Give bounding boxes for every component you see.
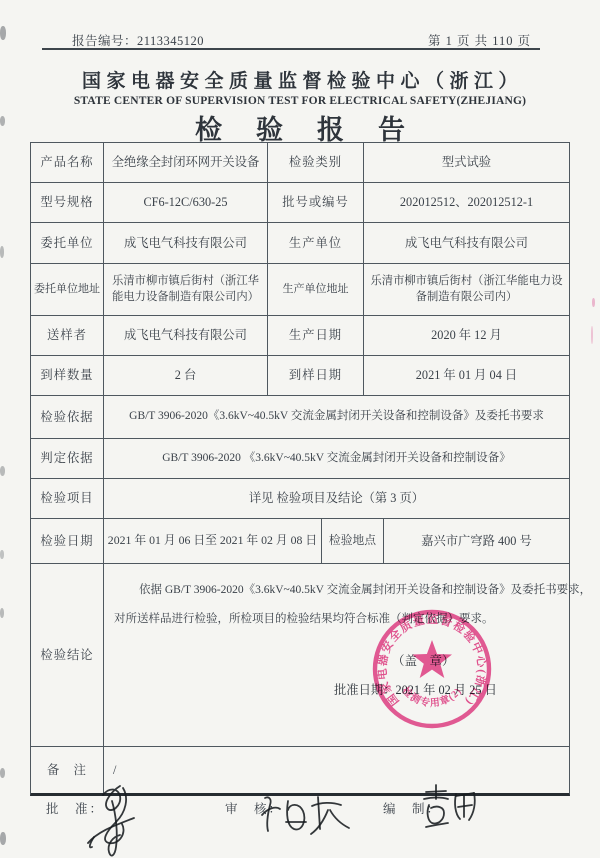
table-row: 送样者 成飞电气科技有限公司 生产日期 2020 年 12 月 [31, 316, 569, 356]
report-number: 报告编号：2113345120 [72, 31, 204, 49]
remarks-value: / [104, 747, 569, 793]
judgment-basis-label: 判定依据 [31, 439, 104, 478]
header-rule [42, 48, 540, 50]
test-location-value: 嘉兴市广穹路 400 号 [384, 519, 569, 563]
table-row: 检验日期 2021 年 01 月 06 日至 2021 年 02 月 08 日 … [31, 519, 569, 564]
approve-signature [82, 781, 152, 858]
svg-text:检测专用章(2): 检测专用章(2) [400, 684, 465, 709]
table-row: 到样数量 2 台 到样日期 2021 年 01 月 04 日 [31, 356, 569, 396]
manufacturer-label: 生产单位 [268, 223, 364, 263]
review-signature [258, 789, 353, 839]
conclusion-cell: 依据 GB/T 3906-2020《3.6kV~40.5kV 交流金属封闭开关设… [104, 564, 569, 746]
scan-artifact [0, 246, 4, 258]
report-table: 产品名称 全绝缘全封闭环网开关设备 检验类别 型式试验 型号规格 CF6-12C… [30, 142, 570, 796]
test-items-value: 详见 检验项目及结论（第 3 页） [104, 479, 569, 518]
model-value: CF6-12C/630-25 [104, 183, 268, 222]
official-stamp: 国家电器安全质量监督检验中心(浙江) 检测专用章(2) [364, 600, 500, 740]
table-row: 产品名称 全绝缘全封闭环网开关设备 检验类别 型式试验 [31, 143, 569, 183]
scan-artifact [0, 768, 5, 778]
prepare-signature [418, 783, 480, 831]
test-category-value: 型式试验 [364, 143, 569, 182]
conclusion-label: 检验结论 [31, 564, 104, 746]
batch-label: 批号或编号 [268, 183, 364, 222]
judgment-basis-value: GB/T 3906-2020 《3.6kV~40.5kV 交流金属封闭开关设备和… [104, 439, 569, 478]
sample-qty-value: 2 台 [104, 356, 268, 395]
sample-date-value: 2021 年 01 月 04 日 [364, 356, 569, 395]
table-row: 检验依据 GB/T 3906-2020《3.6kV~40.5kV 交流金属封闭开… [31, 396, 569, 439]
client-label: 委托单位 [31, 223, 104, 263]
report-number-value: 2113345120 [137, 34, 204, 48]
test-category-label: 检验类别 [268, 143, 364, 182]
batch-value: 202012512、202012512-1 [364, 183, 569, 222]
product-name-label: 产品名称 [31, 143, 104, 182]
client-address-value: 乐清市柳市镇后街村（浙江华能电力设备制造有限公司内） [104, 264, 268, 315]
page-header: 报告编号：2113345120 第 1 页 共 110 页 [0, 31, 600, 47]
report-page: 报告编号：2113345120 第 1 页 共 110 页 国家电器安全质量监督… [0, 0, 600, 858]
test-location-label: 检验地点 [322, 519, 384, 563]
org-name-cn: 国家电器安全质量监督检验中心（浙江） [0, 66, 600, 93]
org-name-en: STATE CENTER OF SUPERVISION TEST FOR ELE… [0, 95, 600, 107]
scan-artifact [0, 466, 5, 476]
test-date-label: 检验日期 [31, 519, 104, 563]
test-basis-label: 检验依据 [31, 396, 104, 438]
test-basis-value: GB/T 3906-2020《3.6kV~40.5kV 交流金属封闭开关设备和控… [104, 396, 569, 438]
product-name-value: 全绝缘全封闭环网开关设备 [104, 143, 268, 182]
production-date-value: 2020 年 12 月 [364, 316, 569, 355]
production-date-label: 生产日期 [268, 316, 364, 355]
scan-artifact [0, 26, 6, 40]
scan-artifact [0, 608, 4, 618]
scan-artifact [0, 550, 4, 559]
signature-area: 批 准： 审 核： 编 制： [0, 793, 600, 858]
scan-artifact-red [592, 298, 595, 307]
manufacturer-address-value: 乐清市柳市镇后街村（浙江华能电力设备制造有限公司内） [364, 264, 569, 315]
stamp-star-icon [412, 640, 452, 678]
scan-artifact [0, 832, 6, 845]
report-number-label: 报告编号： [72, 34, 137, 48]
model-label: 型号规格 [31, 183, 104, 222]
table-row-conclusion: 检验结论 依据 GB/T 3906-2020《3.6kV~40.5kV 交流金属… [31, 564, 569, 747]
scan-artifact [0, 116, 5, 126]
client-address-label: 委托单位地址 [31, 264, 104, 315]
table-row: 委托单位地址 乐清市柳市镇后街村（浙江华能电力设备制造有限公司内） 生产单位地址… [31, 264, 569, 316]
page-indicator: 第 1 页 共 110 页 [428, 31, 531, 49]
test-date-value: 2021 年 01 月 06 日至 2021 年 02 月 08 日 [104, 519, 322, 563]
table-row: 检验项目 详见 检验项目及结论（第 3 页） [31, 479, 569, 519]
stamp-bottom-text: 检测专用章(2) [400, 684, 465, 709]
sample-qty-label: 到样数量 [31, 356, 104, 395]
manufacturer-address-label: 生产单位地址 [268, 264, 364, 315]
sample-sender-label: 送样者 [31, 316, 104, 355]
client-value: 成飞电气科技有限公司 [104, 223, 268, 263]
test-items-label: 检验项目 [31, 479, 104, 518]
sample-date-label: 到样日期 [268, 356, 364, 395]
manufacturer-value: 成飞电气科技有限公司 [364, 223, 569, 263]
table-row: 型号规格 CF6-12C/630-25 批号或编号 202012512、2020… [31, 183, 569, 223]
scan-artifact-red [591, 326, 593, 344]
sample-sender-value: 成飞电气科技有限公司 [104, 316, 268, 355]
table-row: 委托单位 成飞电气科技有限公司 生产单位 成飞电气科技有限公司 [31, 223, 569, 264]
table-row: 判定依据 GB/T 3906-2020 《3.6kV~40.5kV 交流金属封闭… [31, 439, 569, 479]
